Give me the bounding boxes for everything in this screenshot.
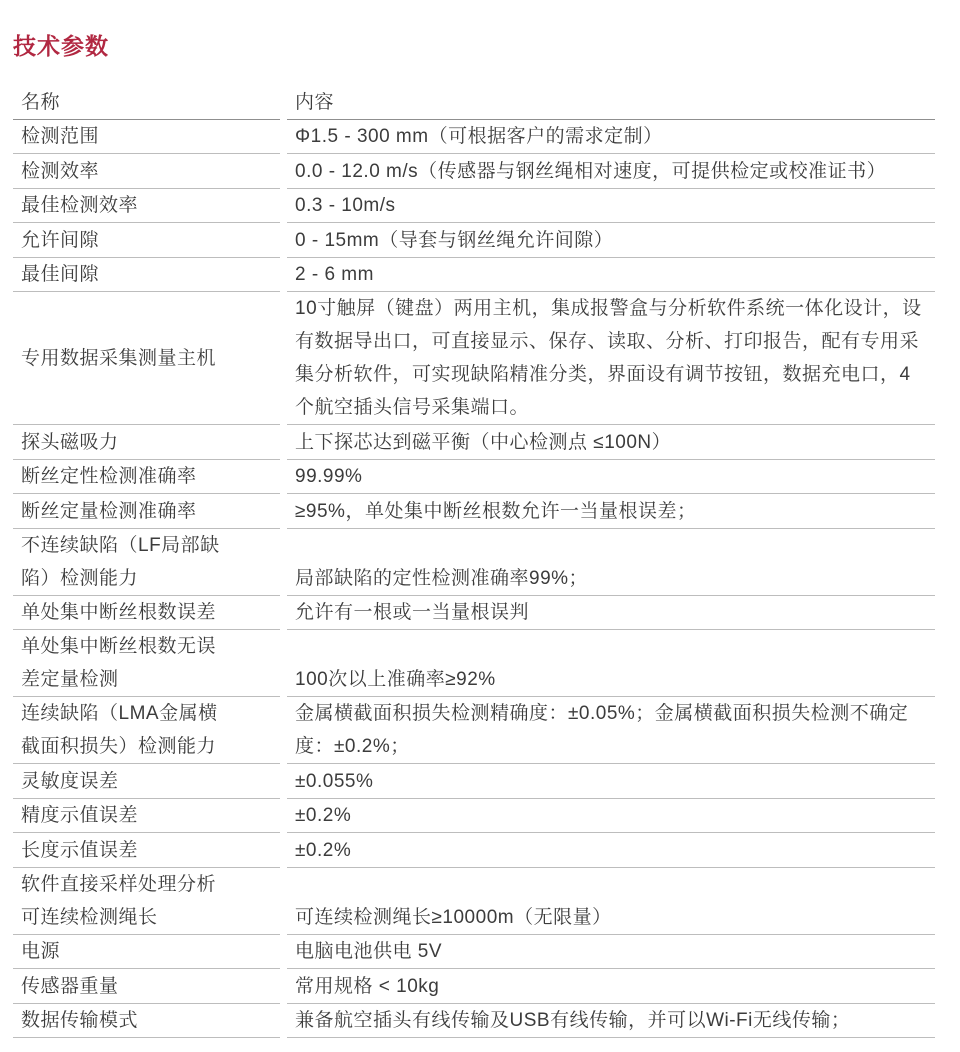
spec-name-label: 数据传输模式	[21, 1004, 138, 1037]
spec-content: 0 - 15mm（导套与钢丝绳允许间隙）	[287, 223, 935, 257]
spec-name-label: 断丝定性检测准确率	[21, 460, 197, 493]
spec-name: 灵敏度误差	[13, 764, 280, 798]
table-row: 检测范围 Φ1.5 - 300 mm（可根据客户的需求定制）	[13, 120, 935, 154]
table-row: 灵敏度误差 ±0.055%	[13, 764, 935, 798]
spec-name-label: 不连续缺陷（LF局部缺陷）检测能力	[21, 529, 235, 595]
spec-name: 连续缺陷（LMA金属横截面积损失）检测能力	[13, 697, 280, 764]
spec-name-label: 灵敏度误差	[21, 765, 119, 798]
spec-table: 名称 内容 检测范围 Φ1.5 - 300 mm（可根据客户的需求定制） 检测效…	[6, 86, 942, 1038]
table-row: 检测效率 0.0 - 12.0 m/s（传感器与钢丝绳相对速度，可提供检定或校准…	[13, 154, 935, 188]
table-header-row: 名称 内容	[13, 86, 935, 120]
spec-name-label: 软件直接采样处理分析可连续检测绳长	[21, 868, 235, 934]
spec-name: 不连续缺陷（LF局部缺陷）检测能力	[13, 529, 280, 596]
spec-name-label: 连续缺陷（LMA金属横截面积损失）检测能力	[21, 697, 235, 763]
table-row: 专用数据采集测量主机 10寸触屏（键盘）两用主机，集成报警盒与分析软件系统一体化…	[13, 292, 935, 425]
spec-content: 局部缺陷的定性检测准确率99%；	[287, 529, 935, 596]
table-row: 电源 电脑电池供电 5V	[13, 935, 935, 969]
spec-name: 软件直接采样处理分析可连续检测绳长	[13, 868, 280, 935]
spec-name-label: 精度示值误差	[21, 799, 138, 832]
spec-content: 100次以上准确率≥92%	[287, 630, 935, 697]
spec-content: ±0.2%	[287, 833, 935, 867]
spec-name-label: 检测范围	[21, 120, 99, 153]
spec-name: 电源	[13, 935, 280, 969]
spec-name: 单处集中断丝根数无误差定量检测	[13, 630, 280, 697]
spec-name: 专用数据采集测量主机	[13, 292, 280, 425]
spec-content: 0.3 - 10m/s	[287, 189, 935, 223]
table-row: 传感器重量 常用规格 < 10kg	[13, 969, 935, 1003]
spec-name: 精度示值误差	[13, 799, 280, 833]
spec-sheet-page: 技术参数 名称 内容 检测范围 Φ1.5 - 300 mm（可根据客户的需求定制…	[0, 0, 960, 1052]
spec-content: 电脑电池供电 5V	[287, 935, 935, 969]
spec-name: 检测范围	[13, 120, 280, 154]
spec-name-label: 允许间隙	[21, 224, 99, 257]
spec-name-label: 传感器重量	[21, 970, 119, 1003]
table-row: 最佳间隙 2 - 6 mm	[13, 258, 935, 292]
spec-name-label: 检测效率	[21, 155, 99, 188]
spec-content: 10寸触屏（键盘）两用主机，集成报警盒与分析软件系统一体化设计，设有数据导出口，…	[287, 292, 935, 425]
spec-name: 检测效率	[13, 154, 280, 188]
table-row: 长度示值误差 ±0.2%	[13, 833, 935, 867]
spec-name: 传感器重量	[13, 969, 280, 1003]
spec-name: 最佳检测效率	[13, 189, 280, 223]
spec-content: 常用规格 < 10kg	[287, 969, 935, 1003]
spec-content: 2 - 6 mm	[287, 258, 935, 292]
spec-name: 最佳间隙	[13, 258, 280, 292]
spec-name-label: 专用数据采集测量主机	[21, 342, 216, 375]
spec-name-label: 长度示值误差	[21, 834, 138, 867]
spec-content: Φ1.5 - 300 mm（可根据客户的需求定制）	[287, 120, 935, 154]
spec-name-label: 最佳检测效率	[21, 189, 138, 222]
table-row: 最佳检测效率 0.3 - 10m/s	[13, 189, 935, 223]
spec-content: 上下探芯达到磁平衡（中心检测点 ≤100N）	[287, 425, 935, 459]
spec-name: 探头磁吸力	[13, 425, 280, 459]
spec-name-label: 断丝定量检测准确率	[21, 495, 197, 528]
table-row: 单处集中断丝根数无误差定量检测 100次以上准确率≥92%	[13, 630, 935, 697]
spec-name-label: 单处集中断丝根数误差	[21, 596, 216, 629]
spec-name: 允许间隙	[13, 223, 280, 257]
spec-content: 99.99%	[287, 460, 935, 494]
page-title: 技术参数	[13, 32, 960, 60]
spec-content: ±0.055%	[287, 764, 935, 798]
spec-name: 长度示值误差	[13, 833, 280, 867]
table-row: 断丝定性检测准确率 99.99%	[13, 460, 935, 494]
table-row: 探头磁吸力 上下探芯达到磁平衡（中心检测点 ≤100N）	[13, 425, 935, 459]
spec-name-label: 最佳间隙	[21, 258, 99, 291]
spec-name-label: 电源	[21, 935, 60, 968]
spec-content: 允许有一根或一当量根误判	[287, 596, 935, 630]
spec-name: 断丝定性检测准确率	[13, 460, 280, 494]
spec-content: 兼备航空插头有线传输及USB有线传输，并可以Wi-Fi无线传输；	[287, 1004, 935, 1038]
spec-content: 金属横截面积损失检测精确度：±0.05%；金属横截面积损失检测不确定度：±0.2…	[287, 697, 935, 764]
spec-name: 单处集中断丝根数误差	[13, 596, 280, 630]
spec-content: 可连续检测绳长≥10000m（无限量）	[287, 868, 935, 935]
spec-name: 断丝定量检测准确率	[13, 494, 280, 528]
table-row: 不连续缺陷（LF局部缺陷）检测能力 局部缺陷的定性检测准确率99%；	[13, 529, 935, 596]
table-row: 软件直接采样处理分析可连续检测绳长 可连续检测绳长≥10000m（无限量）	[13, 868, 935, 935]
spec-name-label: 单处集中断丝根数无误差定量检测	[21, 630, 235, 696]
table-row: 数据传输模式 兼备航空插头有线传输及USB有线传输，并可以Wi-Fi无线传输；	[13, 1004, 935, 1038]
spec-name: 数据传输模式	[13, 1004, 280, 1038]
table-row: 精度示值误差 ±0.2%	[13, 799, 935, 833]
spec-content: ≥95%，单处集中断丝根数允许一当量根误差；	[287, 494, 935, 528]
col-header-name: 名称	[13, 86, 280, 120]
table-row: 单处集中断丝根数误差 允许有一根或一当量根误判	[13, 596, 935, 630]
table-row: 连续缺陷（LMA金属横截面积损失）检测能力 金属横截面积损失检测精确度：±0.0…	[13, 697, 935, 764]
table-row: 允许间隙 0 - 15mm（导套与钢丝绳允许间隙）	[13, 223, 935, 257]
table-row: 断丝定量检测准确率 ≥95%，单处集中断丝根数允许一当量根误差；	[13, 494, 935, 528]
col-header-content: 内容	[287, 86, 935, 120]
spec-content: 0.0 - 12.0 m/s（传感器与钢丝绳相对速度，可提供检定或校准证书）	[287, 154, 935, 188]
spec-name-label: 探头磁吸力	[21, 426, 119, 459]
spec-content: ±0.2%	[287, 799, 935, 833]
